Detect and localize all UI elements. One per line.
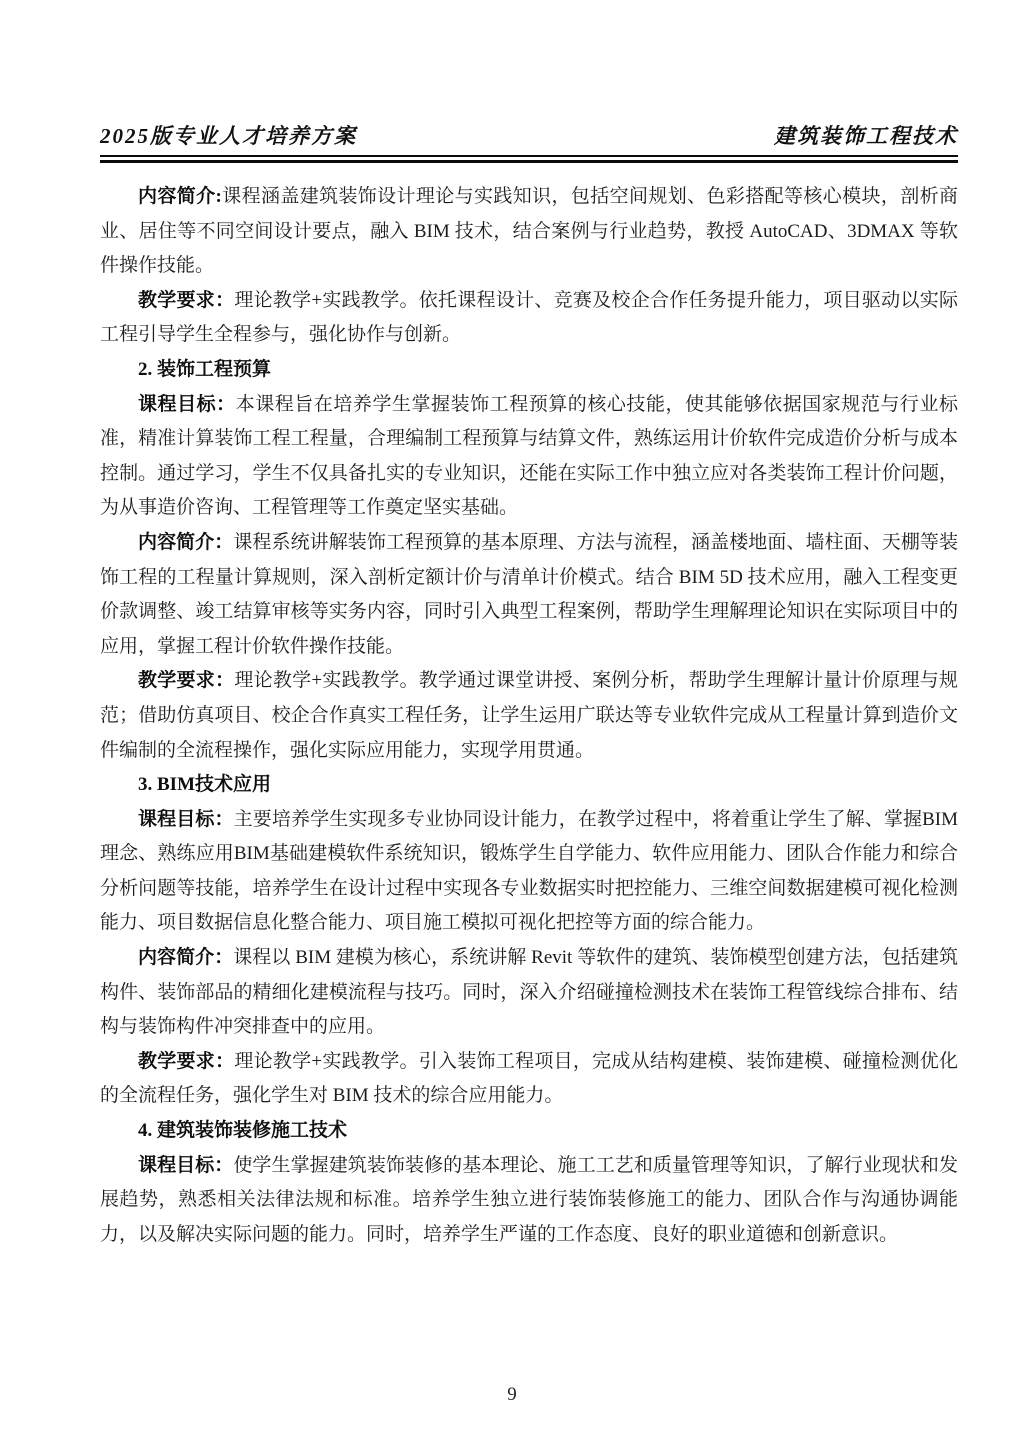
document-page: 2025版专业人才培养方案 建筑装饰工程技术 内容简介:课程涵盖建筑装饰设计理论… [0, 0, 1024, 1448]
paragraph-lead: 教学要求： [138, 290, 234, 311]
paragraph-content-intro-2: 内容简介：课程系统讲解装饰工程预算的基本原理、方法与流程，涵盖楼地面、墙柱面、天… [100, 526, 958, 664]
paragraph-course-goal-3: 课程目标：主要培养学生实现多专业协同设计能力，在教学过程中，将着重让学生了解、掌… [100, 803, 958, 941]
paragraph-content-intro-1: 内容简介:课程涵盖建筑装饰设计理论与实践知识，包括空间规划、色彩搭配等核心模块，… [100, 180, 958, 284]
paragraph-text: 课程涵盖建筑装饰设计理论与实践知识，包括空间规划、色彩搭配等核心模块，剖析商业、… [100, 186, 958, 276]
course-heading-2: 2. 装饰工程预算 [100, 353, 958, 388]
paragraph-content-intro-3: 内容简介：课程以 BIM 建模为核心，系统讲解 Revit 等软件的建筑、装饰模… [100, 941, 958, 1045]
paragraph-course-goal-4: 课程目标：使学生掌握建筑装饰装修的基本理论、施工工艺和质量管理等知识，了解行业现… [100, 1149, 958, 1253]
header-right-title: 建筑装饰工程技术 [774, 120, 958, 150]
paragraph-lead: 内容简介: [138, 186, 222, 207]
course-heading-4: 4. 建筑装饰装修施工技术 [100, 1114, 958, 1149]
header-double-rule [100, 155, 958, 163]
paragraph-lead: 教学要求： [138, 1051, 234, 1072]
paragraph-lead: 内容简介： [138, 947, 233, 968]
paragraph-lead: 教学要求： [138, 670, 234, 691]
paragraph-teaching-req-3: 教学要求：理论教学+实践教学。引入装饰工程项目，完成从结构建模、装饰建模、碰撞检… [100, 1045, 958, 1114]
paragraph-teaching-req-1: 教学要求：理论教学+实践教学。依托课程设计、竞赛及校企合作任务提升能力，项目驱动… [100, 284, 958, 353]
paragraph-lead: 课程目标： [138, 1155, 233, 1176]
page-number: 9 [0, 1384, 1024, 1406]
document-body: 内容简介:课程涵盖建筑装饰设计理论与实践知识，包括空间规划、色彩搭配等核心模块，… [100, 180, 958, 1252]
paragraph-course-goal-2: 课程目标：本课程旨在培养学生掌握装饰工程预算的核心技能，使其能够依据国家规范与行… [100, 388, 958, 526]
course-heading-3: 3. BIM技术应用 [100, 768, 958, 803]
paragraph-teaching-req-2: 教学要求：理论教学+实践教学。教学通过课堂讲授、案例分析，帮助学生理解计量计价原… [100, 664, 958, 768]
paragraph-lead: 内容简介： [138, 532, 233, 553]
paragraph-lead: 课程目标： [138, 394, 236, 415]
page-header: 2025版专业人才培养方案 建筑装饰工程技术 [100, 120, 958, 163]
header-left-title: 2025版专业人才培养方案 [100, 120, 357, 150]
paragraph-lead: 课程目标： [138, 809, 234, 830]
